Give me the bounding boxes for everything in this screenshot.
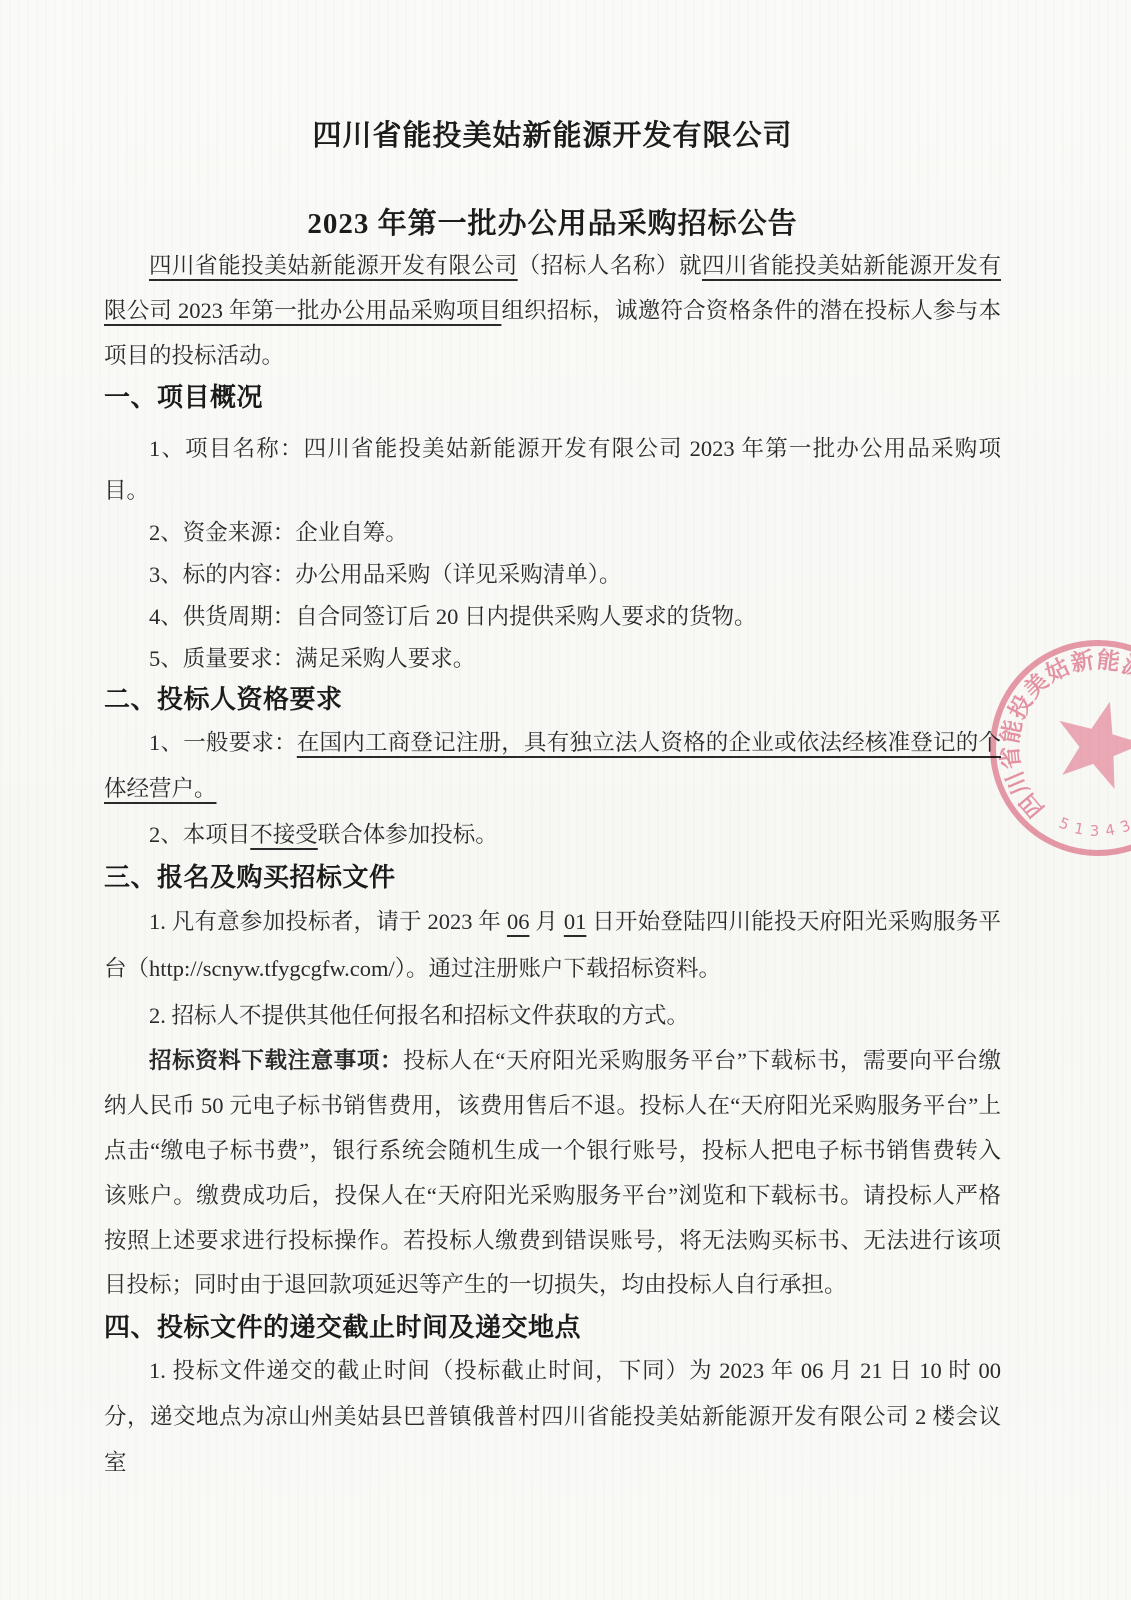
section3-download-note: 招标资料下载注意事项：投标人在“天府阳光采购服务平台”下载标书，需要向平台缴纳人… — [104, 1039, 1001, 1308]
section2-heading: 二、投标人资格要求 — [104, 680, 1001, 720]
section4-heading: 四、投标文件的递交截止时间及递交地点 — [104, 1308, 1001, 1348]
section3-item1-underline-day: 01 — [564, 909, 587, 934]
section1-item-fund-source: 2、资金来源：企业自筹。 — [104, 512, 1001, 554]
document-content: 四川省能投美姑新能源开发有限公司 2023 年第一批办公用品采购招标公告 四川省… — [0, 0, 1131, 1486]
section1-item-subject: 3、标的内容：办公用品采购（详见采购清单）。 — [104, 554, 1001, 596]
section3-heading: 三、报名及购买招标文件 — [104, 858, 1001, 898]
section2-item2-underline: 不接受 — [250, 822, 318, 847]
section2-item-general-requirement: 1、一般要求：在国内工商登记注册，具有独立法人资格的企业或依法经核准登记的个体经… — [104, 720, 1001, 812]
section4-item-deadline: 1. 投标文件递交的截止时间（投标截止时间，下同）为 2023 年 06 月 2… — [104, 1348, 1001, 1486]
section1-item-supply-period: 4、供货周期：自合同签订后 20 日内提供采购人要求的货物。 — [104, 596, 1001, 638]
intro-mid-text: （招标人名称）就 — [518, 253, 702, 278]
section2-item1-prefix: 1、一般要求： — [149, 730, 297, 755]
section1-items: 1、项目名称：四川省能投美姑新能源开发有限公司 2023 年第一批办公用品采购项… — [104, 428, 1001, 680]
section1-item-project-name: 1、项目名称：四川省能投美姑新能源开发有限公司 2023 年第一批办公用品采购项… — [104, 428, 1001, 512]
section2-item2-prefix: 2、本项目 — [149, 822, 250, 847]
intro-paragraph: 四川省能投美姑新能源开发有限公司（招标人名称）就四川省能投美姑新能源开发有限公司… — [104, 243, 1001, 378]
section3-item-registration: 1. 凡有意参加投标者，请于 2023 年 06 月 01 日开始登陆四川能投天… — [104, 898, 1001, 992]
section3-note-body: 投标人在“天府阳光采购服务平台”下载标书，需要向平台缴纳人民币 50 元电子标书… — [104, 1048, 1001, 1297]
intro-underline-bidder: 四川省能投美姑新能源开发有限公司 — [149, 253, 518, 278]
section2-item2-rest: 联合体参加投标。 — [318, 822, 498, 847]
section3-item-no-other-way: 2. 招标人不提供其他任何报名和招标文件获取的方式。 — [104, 992, 1001, 1039]
document-page: 四川省能投美姑新能源开发有限公司 2023 年第一批办公用品采购招标公告 四川省… — [0, 0, 1131, 1600]
document-subtitle: 2023 年第一批办公用品采购招标公告 — [104, 206, 1001, 244]
document-title: 四川省能投美姑新能源开发有限公司 — [104, 118, 1001, 156]
section3-item1-underline-month: 06 — [507, 909, 530, 934]
section2-item-no-consortium: 2、本项目不接受联合体参加投标。 — [104, 812, 1001, 858]
section3-item1-part1: 1. 凡有意参加投标者，请于 2023 年 — [149, 909, 507, 934]
section3-note-lead: 招标资料下载注意事项： — [149, 1048, 403, 1073]
section3-item1-part2: 月 — [529, 909, 563, 934]
section1-heading: 一、项目概况 — [104, 378, 1001, 418]
section1-item-quality: 5、质量要求：满足采购人要求。 — [104, 638, 1001, 680]
